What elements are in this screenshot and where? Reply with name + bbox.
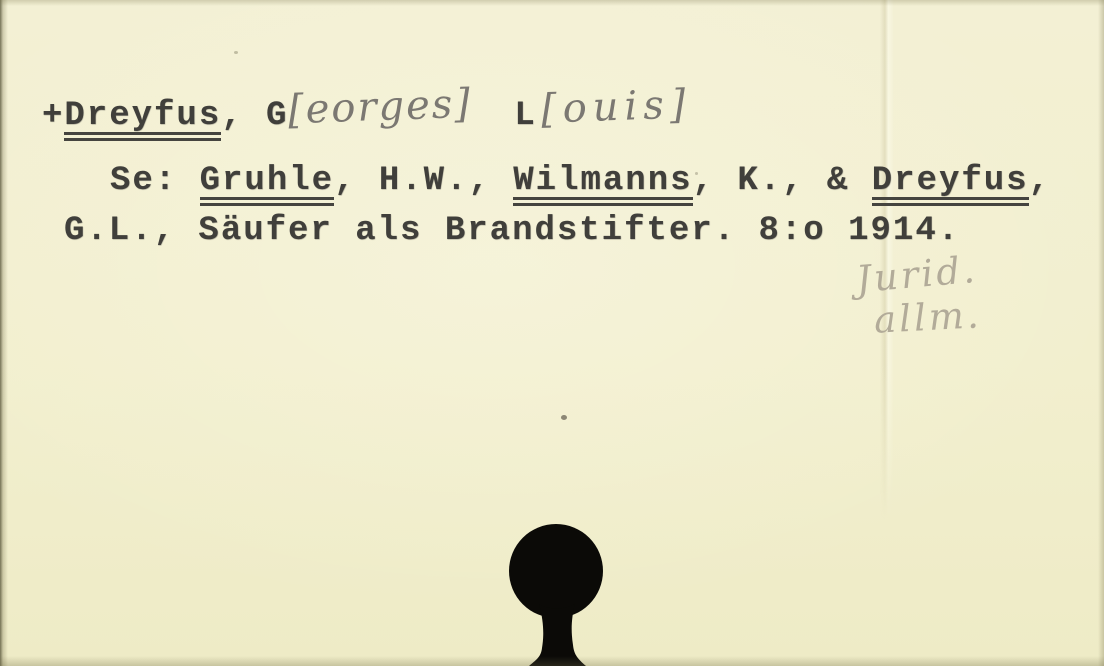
pencil-note-allm: allm. [873,296,982,339]
heading-given1-initial: G [266,97,288,135]
see-label: Se: [110,162,200,200]
ink-speck [695,172,698,175]
scan-edge-top [0,0,1104,6]
author-gruhle-initials: , H.W., [334,162,513,200]
reference-continuation-line: G.L., Säufer als Brandstifter. 8:o 1914. [64,214,960,248]
ink-speck [234,51,238,54]
ink-speck [561,415,567,420]
heading-line: +Dreyfus, G[eorges]L[ouis] [42,94,691,141]
author-wilmanns-initials: , K., & [693,162,872,200]
heading-given1-handwritten: [eorges] [288,87,473,127]
scan-edge-bottom [0,656,1104,666]
trailing-comma: , [1029,162,1051,200]
author-dreyfus: Dreyfus [872,164,1029,206]
scan-edge-right [1098,0,1104,666]
heading-prefix: + [42,97,64,135]
author-gruhle: Gruhle [200,164,334,206]
heading-given2-initial: L [514,97,536,135]
scan-edge-left [0,0,8,666]
heading-surname: Dreyfus [64,99,221,141]
author-wilmanns: Wilmanns [513,164,692,206]
pencil-note-jurid: Jurid. [855,251,979,298]
heading-given2-handwritten: [ouis] [540,87,691,126]
see-reference-line: Se: Gruhle, H.W., Wilmanns, K., & Dreyfu… [110,164,1051,206]
punch-hole [480,518,640,666]
catalog-card: +Dreyfus, G[eorges]L[ouis] Se: Gruhle, H… [0,0,1104,666]
heading-separator: , [221,97,266,135]
